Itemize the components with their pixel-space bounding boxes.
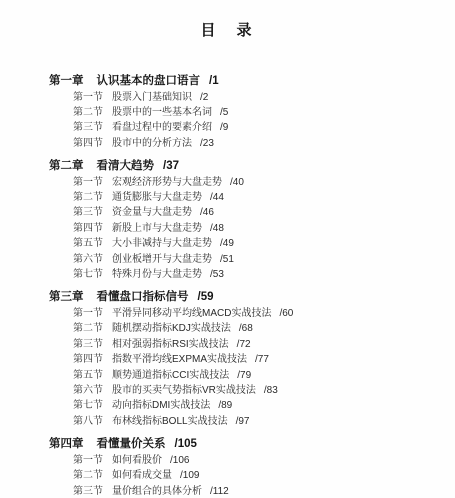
section-number-label: 第二节 — [73, 192, 103, 203]
toc-chapter-1: 第一章认识基本的盘口语言/1 第一节股票入门基础知识/2 第二节股票中的一些基本… — [0, 74, 455, 151]
section-title: 通货膨胀与大盘走势 — [112, 192, 202, 203]
section-number-label: 第一节 — [73, 92, 103, 103]
section-number-label: 第二节 — [73, 107, 103, 118]
toc-section-row: 第六节创业板增开与大盘走势/51 — [0, 252, 455, 267]
toc-section-row: 第四节新股上市与大盘走势/48 — [0, 221, 455, 236]
chapter-page-number: /105 — [175, 438, 197, 450]
section-title: 顺势通道指标CCI实战技法 — [112, 370, 229, 381]
section-title: 创业板增开与大盘走势 — [112, 254, 212, 265]
section-number-label: 第四节 — [73, 138, 103, 149]
section-title: 新股上市与大盘走势 — [112, 223, 202, 234]
section-page-number: /40 — [230, 177, 244, 188]
section-page-number: /112 — [210, 486, 229, 497]
section-page-number: /89 — [218, 400, 232, 411]
section-page-number: /109 — [180, 470, 199, 481]
toc-section-row: 第二节如何看成交量/109 — [0, 468, 455, 483]
chapter-title: 看懂盘口指标信号 — [97, 291, 189, 303]
section-number-label: 第六节 — [73, 254, 103, 265]
section-number-label: 第三节 — [73, 207, 103, 218]
section-number-label: 第二节 — [73, 323, 103, 334]
section-page-number: /68 — [239, 323, 253, 334]
chapter-page-number: /59 — [198, 291, 214, 303]
toc-section-row: 第二节随机摆动指标KDJ实战技法/68 — [0, 321, 455, 336]
section-page-number: /60 — [279, 308, 293, 319]
section-number-label: 第四节 — [73, 223, 103, 234]
chapter-number-label: 第一章 — [49, 75, 84, 87]
section-title: 资金量与大盘走势 — [112, 207, 192, 218]
section-page-number: /9 — [220, 122, 228, 133]
section-title: 宏观经济形势与大盘走势 — [112, 177, 222, 188]
section-page-number: /77 — [255, 354, 269, 365]
section-number-label: 第七节 — [73, 269, 103, 280]
toc-section-row: 第二节股票中的一些基本名词/5 — [0, 105, 455, 120]
chapter-heading: 第四章看懂量价关系/105 — [0, 437, 455, 453]
section-page-number: /97 — [236, 416, 250, 427]
section-title: 股市的买卖气势指标VR实战技法 — [112, 385, 256, 396]
toc-section-row: 第八节布林线指标BOLL实战技法/97 — [0, 414, 455, 429]
section-number-label: 第三节 — [73, 339, 103, 350]
chapter-heading: 第三章看懂盘口指标信号/59 — [0, 290, 455, 306]
section-number-label: 第五节 — [73, 370, 103, 381]
chapter-heading: 第二章看清大趋势/37 — [0, 159, 455, 175]
toc-chapter-3: 第三章看懂盘口指标信号/59 第一节平滑异同移动平均线MACD实战技法/60 第… — [0, 290, 455, 429]
book-toc-page: 目 录 第一章认识基本的盘口语言/1 第一节股票入门基础知识/2 第二节股票中的… — [0, 0, 455, 498]
toc-section-row: 第四节指数平滑均线EXPMA实战技法/77 — [0, 352, 455, 367]
section-number-label: 第三节 — [73, 486, 103, 497]
section-page-number: /51 — [220, 254, 234, 265]
section-number-label: 第五节 — [73, 238, 103, 249]
chapter-page-number: /37 — [163, 160, 179, 172]
section-title: 特殊月份与大盘走势 — [112, 269, 202, 280]
toc-chapter-2: 第二章看清大趋势/37 第一节宏观经济形势与大盘走势/40 第二节通货膨胀与大盘… — [0, 159, 455, 282]
chapter-number-label: 第三章 — [49, 291, 84, 303]
section-title: 布林线指标BOLL实战技法 — [112, 416, 228, 427]
section-number-label: 第二节 — [73, 470, 103, 481]
section-page-number: /46 — [200, 207, 214, 218]
toc-section-row: 第三节资金量与大盘走势/46 — [0, 205, 455, 220]
section-title: 如何看股价 — [112, 455, 162, 466]
section-title: 股票入门基础知识 — [112, 92, 192, 103]
section-page-number: /53 — [210, 269, 224, 280]
toc-section-row: 第五节顺势通道指标CCI实战技法/79 — [0, 368, 455, 383]
chapter-title: 看清大趋势 — [97, 160, 155, 172]
section-number-label: 第六节 — [73, 385, 103, 396]
chapter-heading: 第一章认识基本的盘口语言/1 — [0, 74, 455, 90]
toc-section-row: 第三节量价组合的具体分析/112 — [0, 484, 455, 498]
section-title: 看盘过程中的要素介绍 — [112, 122, 212, 133]
section-title: 随机摆动指标KDJ实战技法 — [112, 323, 231, 334]
section-page-number: /44 — [210, 192, 224, 203]
chapter-page-number: /1 — [209, 75, 219, 87]
toc-section-row: 第六节股市的买卖气势指标VR实战技法/83 — [0, 383, 455, 398]
section-title: 如何看成交量 — [112, 470, 172, 481]
toc-section-row: 第五节大小非减持与大盘走势/49 — [0, 236, 455, 251]
section-page-number: /5 — [220, 107, 228, 118]
section-page-number: /72 — [237, 339, 251, 350]
section-page-number: /106 — [170, 455, 189, 466]
toc-section-row: 第一节股票入门基础知识/2 — [0, 90, 455, 105]
section-title: 平滑异同移动平均线MACD实战技法 — [112, 308, 271, 319]
section-title: 股票中的一些基本名词 — [112, 107, 212, 118]
section-page-number: /2 — [200, 92, 208, 103]
table-of-contents: 第一章认识基本的盘口语言/1 第一节股票入门基础知识/2 第二节股票中的一些基本… — [0, 74, 455, 498]
section-page-number: /79 — [237, 370, 251, 381]
section-number-label: 第八节 — [73, 416, 103, 427]
section-number-label: 第三节 — [73, 122, 103, 133]
section-title: 动向指标DMI实战技法 — [112, 400, 210, 411]
toc-section-row: 第一节如何看股价/106 — [0, 453, 455, 468]
section-title: 相对强弱指标RSI实战技法 — [112, 339, 229, 350]
section-number-label: 第一节 — [73, 455, 103, 466]
section-number-label: 第一节 — [73, 308, 103, 319]
page-title: 目 录 — [0, 0, 455, 40]
section-page-number: /23 — [200, 138, 214, 149]
section-number-label: 第七节 — [73, 400, 103, 411]
toc-section-row: 第三节相对强弱指标RSI实战技法/72 — [0, 337, 455, 352]
section-title: 大小非减持与大盘走势 — [112, 238, 212, 249]
toc-section-row: 第四节股市中的分析方法/23 — [0, 136, 455, 151]
section-title: 量价组合的具体分析 — [112, 486, 202, 497]
section-page-number: /49 — [220, 238, 234, 249]
toc-chapter-4: 第四章看懂量价关系/105 第一节如何看股价/106 第二节如何看成交量/109… — [0, 437, 455, 498]
section-title: 指数平滑均线EXPMA实战技法 — [112, 354, 247, 365]
chapter-title: 看懂量价关系 — [97, 438, 166, 450]
section-page-number: /83 — [264, 385, 278, 396]
section-number-label: 第一节 — [73, 177, 103, 188]
toc-section-row: 第七节特殊月份与大盘走势/53 — [0, 267, 455, 282]
toc-section-row: 第一节平滑异同移动平均线MACD实战技法/60 — [0, 306, 455, 321]
chapter-number-label: 第四章 — [49, 438, 84, 450]
section-page-number: /48 — [210, 223, 224, 234]
toc-section-row: 第二节通货膨胀与大盘走势/44 — [0, 190, 455, 205]
chapter-number-label: 第二章 — [49, 160, 84, 172]
section-number-label: 第四节 — [73, 354, 103, 365]
toc-section-row: 第三节看盘过程中的要素介绍/9 — [0, 120, 455, 135]
section-title: 股市中的分析方法 — [112, 138, 192, 149]
toc-section-row: 第一节宏观经济形势与大盘走势/40 — [0, 175, 455, 190]
chapter-title: 认识基本的盘口语言 — [97, 75, 201, 87]
toc-section-row: 第七节动向指标DMI实战技法/89 — [0, 398, 455, 413]
